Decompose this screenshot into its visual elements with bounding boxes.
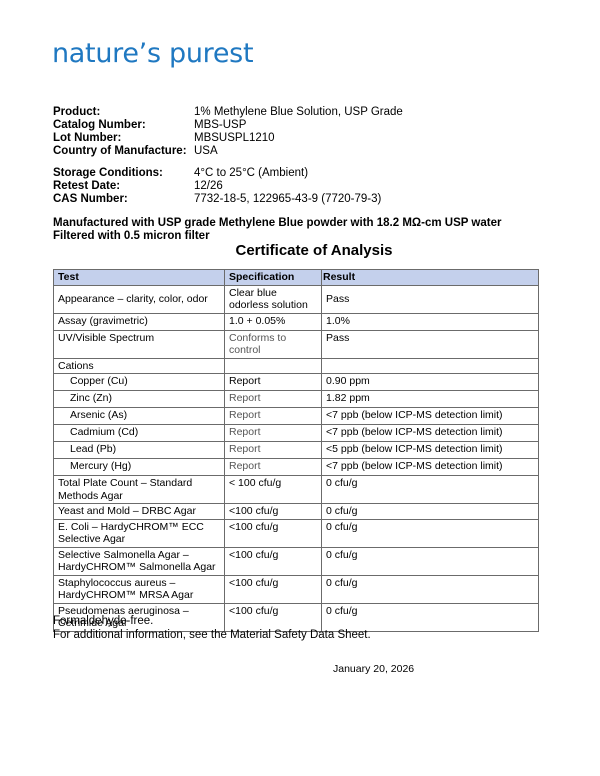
test-cell: Staphylococcus aureus – HardyCHROM™ MRSA… <box>54 575 225 603</box>
result-cell: <7 ppb (below ICP-MS detection limit) <box>322 459 539 476</box>
specification-cell: Report <box>225 408 322 425</box>
document-date: January 20, 2026 <box>333 663 414 675</box>
result-cell: <7 ppb (below ICP-MS detection limit) <box>322 408 539 425</box>
result-cell: 0 cfu/g <box>322 547 539 575</box>
storage-info: Storage Conditions:4°C to 25°C (Ambient)… <box>53 167 381 206</box>
test-cell: Selective Salmonella Agar – HardyCHROM™ … <box>54 547 225 575</box>
lot-number-value: MBSUSPL1210 <box>194 132 275 145</box>
result-cell: 1.0% <box>322 313 539 330</box>
table-row: Arsenic (As)Report<7 ppb (below ICP-MS d… <box>54 408 539 425</box>
catalog-number-row: Catalog Number:MBS-USP <box>53 119 403 132</box>
specification-cell: Conforms to control <box>225 330 322 358</box>
test-cell: Cations <box>54 358 225 374</box>
specification-cell: Report <box>225 459 322 476</box>
table-row: Yeast and Mold – DRBC Agar<100 cfu/g0 cf… <box>54 504 539 520</box>
table-row: Cations <box>54 358 539 374</box>
country-value: USA <box>194 145 218 158</box>
test-cell: Zinc (Zn) <box>54 391 225 408</box>
lot-number-row: Lot Number:MBSUSPL1210 <box>53 132 403 145</box>
storage-row: Storage Conditions:4°C to 25°C (Ambient) <box>53 167 381 180</box>
analysis-table: Test Specification Result Appearance – c… <box>53 269 539 632</box>
result-cell: 0 cfu/g <box>322 519 539 547</box>
manufacturing-note: Manufactured with USP grade Methylene Bl… <box>53 217 501 230</box>
specification-cell: <100 cfu/g <box>225 547 322 575</box>
test-cell: Arsenic (As) <box>54 408 225 425</box>
test-cell: UV/Visible Spectrum <box>54 330 225 358</box>
specification-cell: Report <box>225 374 322 391</box>
specification-cell: <100 cfu/g <box>225 519 322 547</box>
result-cell: <7 ppb (below ICP-MS detection limit) <box>322 425 539 442</box>
result-cell: 0 cfu/g <box>322 504 539 520</box>
lot-number-label: Lot Number: <box>53 132 194 145</box>
country-row: Country of Manufacture:USA <box>53 145 403 158</box>
specification-cell: < 100 cfu/g <box>225 476 322 504</box>
table-row: E. Coli – HardyCHROM™ ECC Selective Agar… <box>54 519 539 547</box>
result-cell: 1.82 ppm <box>322 391 539 408</box>
product-label: Product: <box>53 106 194 119</box>
country-label: Country of Manufacture: <box>53 145 194 158</box>
specification-cell: Clear blue odorless solution <box>225 285 322 313</box>
table-header-row: Test Specification Result <box>54 270 539 286</box>
certificate-title: Certificate of Analysis <box>0 242 600 259</box>
result-cell: <5 ppb (below ICP-MS detection limit) <box>322 442 539 459</box>
storage-label: Storage Conditions: <box>53 167 194 180</box>
specification-cell: <100 cfu/g <box>225 504 322 520</box>
test-cell: Yeast and Mold – DRBC Agar <box>54 504 225 520</box>
footer-notes: Formaldehyde-free. For additional inform… <box>53 614 371 642</box>
table-row: Staphylococcus aureus – HardyCHROM™ MRSA… <box>54 575 539 603</box>
column-header-test: Test <box>54 270 225 286</box>
test-cell: Copper (Cu) <box>54 374 225 391</box>
table-row: Total Plate Count – Standard Methods Aga… <box>54 476 539 504</box>
test-cell: Mercury (Hg) <box>54 459 225 476</box>
test-cell: E. Coli – HardyCHROM™ ECC Selective Agar <box>54 519 225 547</box>
table-row: Mercury (Hg)Report<7 ppb (below ICP-MS d… <box>54 459 539 476</box>
retest-value: 12/26 <box>194 180 223 193</box>
formaldehyde-note: Formaldehyde-free. <box>53 614 371 628</box>
table-row: Assay (gravimetric)1.0 + 0.05%1.0% <box>54 313 539 330</box>
table-row: Zinc (Zn)Report1.82 ppm <box>54 391 539 408</box>
retest-row: Retest Date:12/26 <box>53 180 381 193</box>
specification-cell <box>225 358 322 374</box>
test-cell: Cadmium (Cd) <box>54 425 225 442</box>
brand-logo: nature’s purest <box>52 38 253 69</box>
column-header-result: Result <box>322 270 539 286</box>
test-cell: Total Plate Count – Standard Methods Aga… <box>54 476 225 504</box>
cas-label: CAS Number: <box>53 193 194 206</box>
result-cell: 0 cfu/g <box>322 575 539 603</box>
test-cell: Appearance – clarity, color, odor <box>54 285 225 313</box>
specification-cell: Report <box>225 391 322 408</box>
specification-cell: Report <box>225 425 322 442</box>
result-cell: Pass <box>322 330 539 358</box>
table-row: Selective Salmonella Agar – HardyCHROM™ … <box>54 547 539 575</box>
test-cell: Lead (Pb) <box>54 442 225 459</box>
product-row: Product:1% Methylene Blue Solution, USP … <box>53 106 403 119</box>
retest-label: Retest Date: <box>53 180 194 193</box>
catalog-number-label: Catalog Number: <box>53 119 194 132</box>
product-value: 1% Methylene Blue Solution, USP Grade <box>194 106 403 119</box>
specification-cell: Report <box>225 442 322 459</box>
cas-value: 7732-18-5, 122965-43-9 (7720-79-3) <box>194 193 381 206</box>
table-row: Lead (Pb)Report<5 ppb (below ICP-MS dete… <box>54 442 539 459</box>
table-row: Copper (Cu)Report0.90 ppm <box>54 374 539 391</box>
manufacturing-notes: Manufactured with USP grade Methylene Bl… <box>53 217 501 243</box>
test-cell: Assay (gravimetric) <box>54 313 225 330</box>
table-row: Appearance – clarity, color, odorClear b… <box>54 285 539 313</box>
result-cell <box>322 358 539 374</box>
table-row: Cadmium (Cd)Report<7 ppb (below ICP-MS d… <box>54 425 539 442</box>
product-info: Product:1% Methylene Blue Solution, USP … <box>53 106 403 158</box>
result-cell: 0.90 ppm <box>322 374 539 391</box>
table-row: UV/Visible SpectrumConforms to controlPa… <box>54 330 539 358</box>
specification-cell: <100 cfu/g <box>225 575 322 603</box>
cas-row: CAS Number:7732-18-5, 122965-43-9 (7720-… <box>53 193 381 206</box>
specification-cell: 1.0 + 0.05% <box>225 313 322 330</box>
storage-value: 4°C to 25°C (Ambient) <box>194 167 308 180</box>
result-cell: Pass <box>322 285 539 313</box>
result-cell: 0 cfu/g <box>322 476 539 504</box>
column-header-specification: Specification <box>225 270 322 286</box>
msds-note: For additional information, see the Mate… <box>53 628 371 642</box>
catalog-number-value: MBS-USP <box>194 119 246 132</box>
